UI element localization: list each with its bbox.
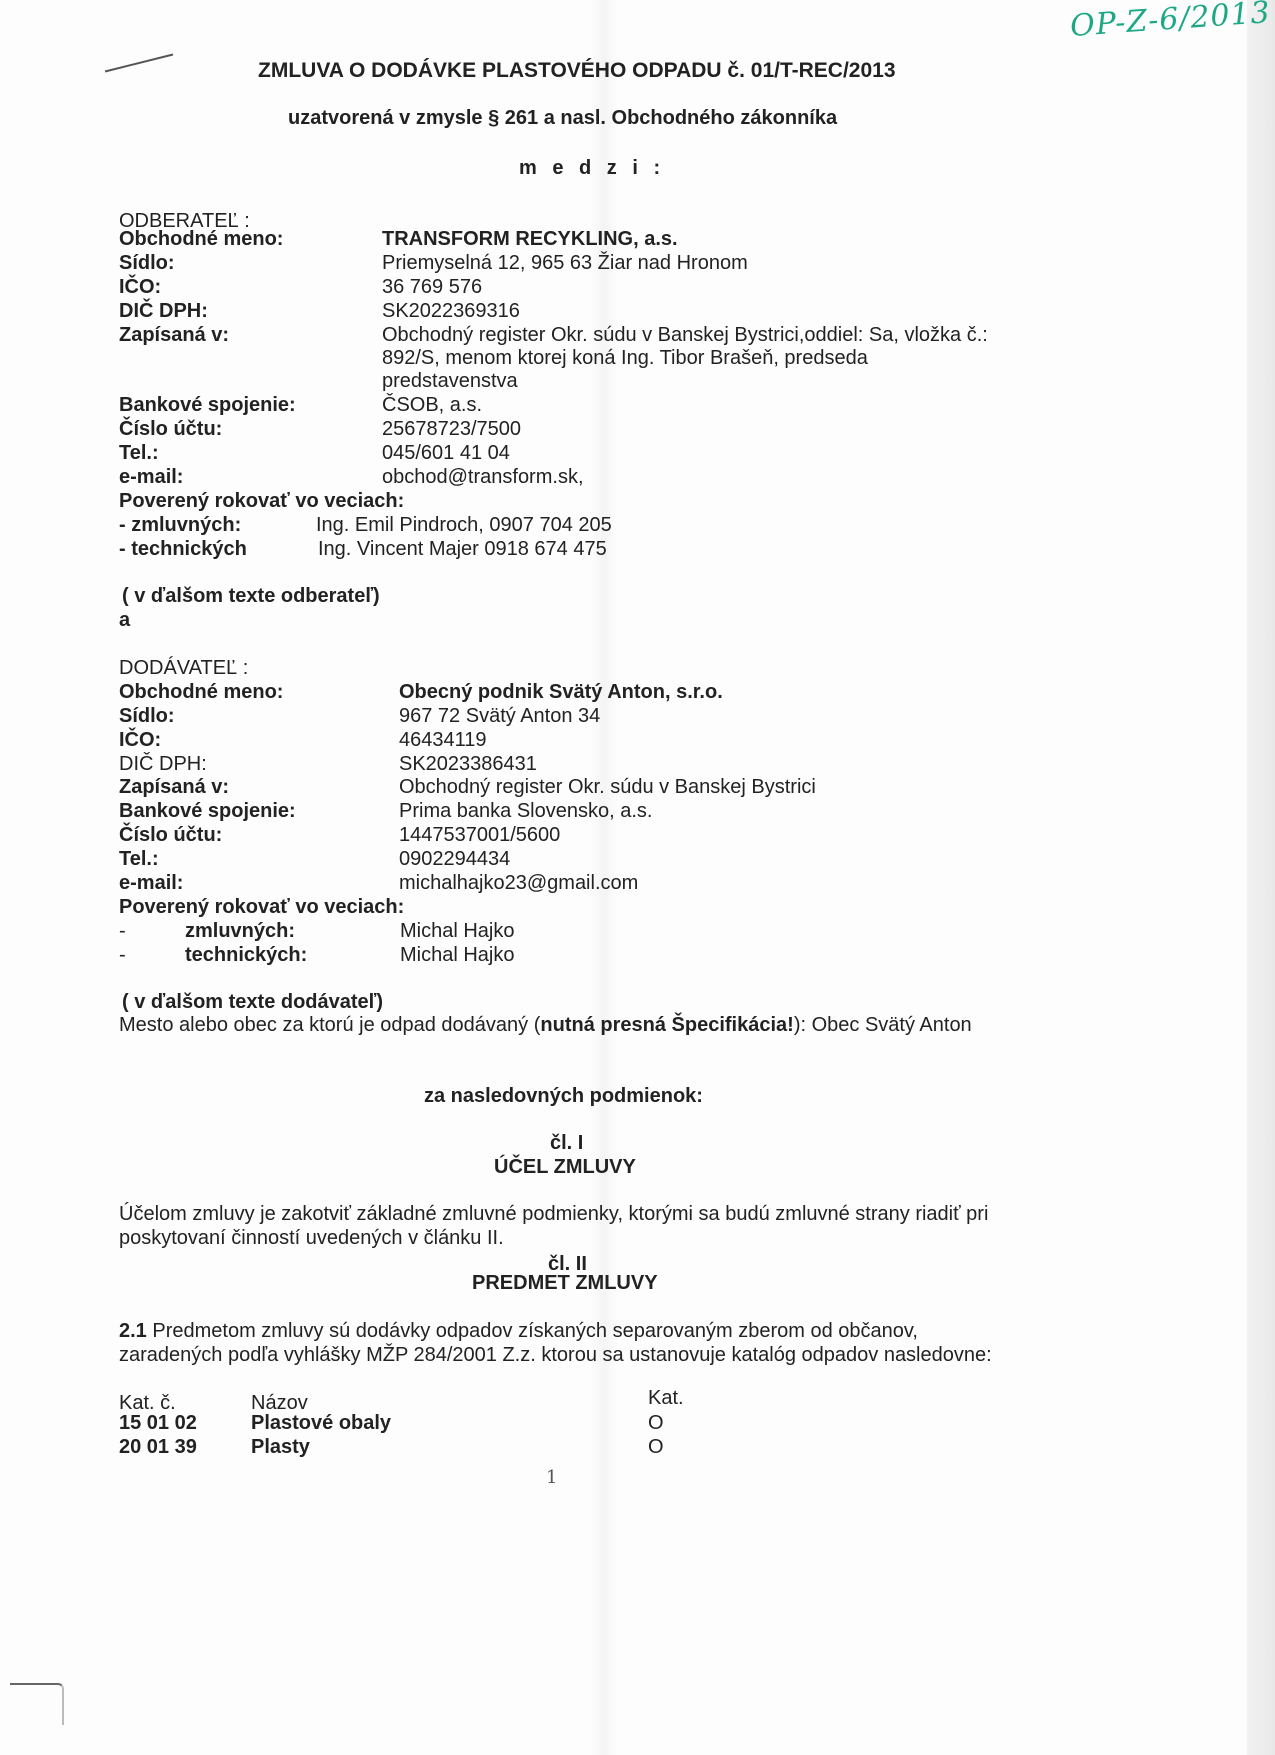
article-1-text-line-2: poskytovaní činností uvedených v článku …: [119, 1228, 504, 1248]
dodavatel-label-phone: Tel.:: [119, 849, 159, 869]
row-2-code: 20 01 39: [119, 1437, 197, 1457]
odberatel-label-registered: Zapísaná v:: [119, 325, 229, 345]
odberatel-label-dic: DIČ DPH:: [119, 301, 208, 321]
odberatel-authorized-contract-label: - zmluvných:: [119, 515, 241, 535]
odberatel-label-email: e-mail:: [119, 467, 183, 487]
municipality-suffix: ): Obec Svätý Anton: [794, 1014, 972, 1036]
table-header-code: Kat. č.: [119, 1393, 176, 1413]
municipality-prefix: Mesto alebo obec za ktorú je odpad dodáv…: [119, 1014, 540, 1036]
article-1-title: ÚČEL ZMLUVY: [494, 1157, 636, 1177]
article-1-text-line-1: Účelom zmluvy je zakotviť základné zmluv…: [119, 1204, 988, 1224]
clause-text: Predmetom zmluvy sú dodávky odpadov získ…: [147, 1320, 918, 1342]
conditions-heading: za nasledovných podmienok:: [424, 1086, 703, 1106]
row-1-code: 15 01 02: [119, 1413, 197, 1433]
dodavatel-authorized-technical: Michal Hajko: [400, 945, 514, 965]
dodavatel-alias: ( v ďalšom texte dodávateľ): [122, 992, 383, 1012]
dodavatel-address: 967 72 Svätý Anton 34: [399, 706, 600, 726]
odberatel-phone: 045/601 41 04: [382, 443, 510, 463]
conjunction-and: a: [119, 610, 130, 630]
dodavatel-label-dic: DIČ DPH:: [119, 754, 207, 774]
dodavatel-label-account: Číslo účtu:: [119, 825, 222, 845]
dodavatel-label-name: Obchodné meno:: [119, 682, 283, 702]
article-2-title: PREDMET ZMLUVY: [472, 1273, 658, 1293]
clause-number: 2.1: [119, 1320, 147, 1342]
dodavatel-registered: Obchodný register Okr. súdu v Banskej By…: [399, 777, 816, 797]
contract-subtitle: uzatvorená v zmysle § 261 a nasl. Obchod…: [288, 108, 837, 128]
scan-edge-shadow: [1247, 0, 1275, 1755]
odberatel-address: Priemyselná 12, 965 63 Žiar nad Hronom: [382, 253, 748, 273]
row-2-category: O: [648, 1437, 664, 1457]
pen-stroke-mark: [105, 54, 173, 73]
odberatel-registered-line-3: predstavenstva: [382, 371, 518, 391]
municipality-line: Mesto alebo obec za ktorú je odpad dodáv…: [119, 1015, 972, 1035]
odberatel-registered-line-1: Obchodný register Okr. súdu v Banskej By…: [382, 325, 988, 345]
table-header-category: Kat.: [648, 1388, 684, 1408]
odberatel-label-phone: Tel.:: [119, 443, 159, 463]
odberatel-label-bank: Bankové spojenie:: [119, 395, 296, 415]
dodavatel-ico: 46434119: [399, 730, 487, 750]
dodavatel-company-name: Obecný podnik Svätý Anton, s.r.o.: [399, 682, 723, 702]
odberatel-bank: ČSOB, a.s.: [382, 395, 482, 415]
odberatel-label-account: Číslo účtu:: [119, 419, 222, 439]
odberatel-label-address: Sídlo:: [119, 253, 175, 273]
contract-title: ZMLUVA O DODÁVKE PLASTOVÉHO ODPADU č. 01…: [258, 60, 896, 81]
dodavatel-label-ico: IČO:: [119, 730, 161, 750]
dodavatel-label-address: Sídlo:: [119, 706, 175, 726]
odberatel-ico: 36 769 576: [382, 277, 482, 297]
dodavatel-authorized-contract-label: zmluvných:: [185, 921, 295, 941]
dodavatel-bank: Prima banka Slovensko, a.s.: [399, 801, 652, 821]
municipality-emphasis: nutná presná Špecifikácia!: [540, 1014, 793, 1036]
page-number: 1: [546, 1469, 557, 1487]
dodavatel-account: 1447537001/5600: [399, 825, 560, 845]
article-2-number: čl. II: [548, 1254, 587, 1274]
odberatel-account: 25678723/7500: [382, 419, 521, 439]
paper-corner-mark: [10, 1683, 64, 1725]
odberatel-company-name: TRANSFORM RECYKLING, a.s.: [382, 229, 678, 249]
clause-2-1-line-1: 2.1 Predmetom zmluvy sú dodávky odpadov …: [119, 1321, 918, 1341]
dodavatel-label-registered: Zapísaná v:: [119, 777, 229, 797]
dodavatel-label-email: e-mail:: [119, 873, 183, 893]
dodavatel-authorized-technical-label: technických:: [185, 945, 307, 965]
dodavatel-label-bank: Bankové spojenie:: [119, 801, 296, 821]
dodavatel-heading: DODÁVATEĽ :: [119, 658, 248, 678]
document-page: OP-Z-6/2013 ZMLUVA O DODÁVKE PLASTOVÉHO …: [0, 0, 1275, 1755]
dodavatel-phone: 0902294434: [399, 849, 510, 869]
odberatel-email[interactable]: obchod@transform.sk,: [382, 467, 584, 487]
between-label: m e d z i :: [519, 158, 665, 178]
row-1-category: O: [648, 1413, 664, 1433]
table-header-name: Názov: [251, 1393, 308, 1413]
article-1-number: čl. I: [550, 1133, 583, 1153]
handwritten-reference-number: OP-Z-6/2013: [1069, 0, 1272, 44]
dodavatel-email[interactable]: michalhajko23@gmail.com: [399, 873, 638, 893]
odberatel-label-name: Obchodné meno:: [119, 229, 283, 249]
dodavatel-authorized-contract: Michal Hajko: [400, 921, 514, 941]
dodavatel-dic: SK2023386431: [399, 754, 537, 774]
odberatel-authorized-heading: Poverený rokovať vo veciach:: [119, 491, 404, 511]
odberatel-label-ico: IČO:: [119, 277, 161, 297]
dodavatel-authorized-heading: Poverený rokovať vo veciach:: [119, 897, 404, 917]
odberatel-registered-line-2: 892/S, menom ktorej koná Ing. Tibor Braš…: [382, 348, 868, 368]
row-1-name: Plastové obaly: [251, 1413, 391, 1433]
odberatel-authorized-technical: Ing. Vincent Majer 0918 674 475: [318, 539, 607, 559]
odberatel-authorized-technical-label: - technických: [119, 539, 247, 559]
dodavatel-authorized-contract-dash: -: [119, 921, 126, 941]
odberatel-alias: ( v ďalšom texte odberateľ): [122, 586, 380, 606]
odberatel-authorized-contract: Ing. Emil Pindroch, 0907 704 205: [316, 515, 612, 535]
row-2-name: Plasty: [251, 1437, 310, 1457]
odberatel-dic: SK2022369316: [382, 301, 520, 321]
dodavatel-authorized-technical-dash: -: [119, 945, 126, 965]
clause-2-1-line-2: zaradených podľa vyhlášky MŽP 284/2001 Z…: [119, 1345, 992, 1365]
